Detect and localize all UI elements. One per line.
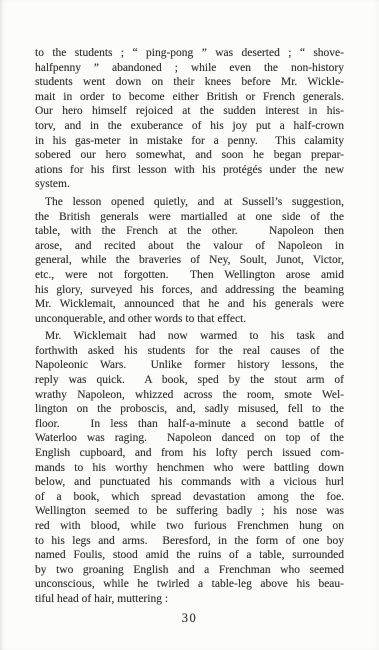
text-line: sobered our hero somewhat, and soon he b… bbox=[35, 148, 344, 163]
text-line: The lesson opened quietly, and at Sussel… bbox=[35, 195, 344, 210]
text-line: arose, and recited about the valour of N… bbox=[35, 239, 344, 254]
text-line: general, while the braveries of Ney, Sou… bbox=[35, 253, 344, 268]
text-line: of a book, which spread devastation amon… bbox=[35, 490, 344, 505]
text-line: halfpenny ” abandoned ; while even the n… bbox=[35, 61, 344, 76]
paragraph: Mr. Wicklemait had now warmed to his tas… bbox=[35, 329, 344, 606]
page-number: 30 bbox=[0, 611, 379, 626]
text-line: to his legs and arms. Beresford, in the … bbox=[35, 534, 344, 549]
paragraph: The lesson opened quietly, and at Sussel… bbox=[35, 195, 344, 326]
text-line: in his gas-meter in mistake for a penny.… bbox=[35, 134, 344, 149]
text-line: Wellington seemed to be suffering badly … bbox=[35, 504, 344, 519]
text-line: below, and punctuated his commands with … bbox=[35, 475, 344, 490]
text-line: torv, and in the exuberance of his joy p… bbox=[35, 119, 344, 134]
paragraph: to the students ; “ ping-pong ” was dese… bbox=[35, 46, 344, 192]
text-line: system. bbox=[35, 177, 344, 192]
text-line: wrathy Napoleon, whizzed across the room… bbox=[35, 388, 344, 403]
text-line: unconscious, while he twirled a table-le… bbox=[35, 577, 344, 592]
text-line: lington on the proboscis, and, sadly mis… bbox=[35, 402, 344, 417]
text-line: floor. In less than half-a-minute a seco… bbox=[35, 417, 344, 432]
text-line: table, with the French at the other. Nap… bbox=[35, 224, 344, 239]
text-line: unconquerable, and other words to that e… bbox=[35, 312, 344, 327]
text-line: named Foulis, stood amid the ruins of a … bbox=[35, 548, 344, 563]
text-line: Waterloo was raging. Napoleon danced on … bbox=[35, 431, 344, 446]
text-line: Mr. Wicklemait had now warmed to his tas… bbox=[35, 329, 344, 344]
text-line: to the students ; “ ping-pong ” was dese… bbox=[35, 46, 344, 61]
text-line: etc., were not forgotten. Then Wellingto… bbox=[35, 268, 344, 283]
text-line: Our hero himself rejoiced at the sudden … bbox=[35, 104, 344, 119]
text-line: tiful head of hair, muttering : bbox=[35, 592, 344, 607]
text-line: ations for his first lesson with his pro… bbox=[35, 163, 344, 178]
text-line: Mr. Wicklemait, announced that he and hi… bbox=[35, 297, 344, 312]
book-page: to the students ; “ ping-pong ” was dese… bbox=[0, 0, 379, 650]
text-line: mands to his worthy henchmen who were ba… bbox=[35, 461, 344, 476]
text-line: red with blood, while two furious French… bbox=[35, 519, 344, 534]
text-line: English cupboard, and from his lofty per… bbox=[35, 446, 344, 461]
text-line: forthwith asked his students for the rea… bbox=[35, 344, 344, 359]
text-line: students went down on their knees before… bbox=[35, 75, 344, 90]
page-text: to the students ; “ ping-pong ” was dese… bbox=[35, 46, 344, 610]
text-line: reply was quick. A book, sped by the sto… bbox=[35, 373, 344, 388]
text-line: by two groaning English and a Frenchman … bbox=[35, 563, 344, 578]
text-line: the British generals were martialled at … bbox=[35, 210, 344, 225]
text-line: mait in order to become either British o… bbox=[35, 90, 344, 105]
text-line: his glory, surveyed his forces, and addr… bbox=[35, 283, 344, 298]
text-line: Napoleonic Wars. Unlike former history l… bbox=[35, 358, 344, 373]
